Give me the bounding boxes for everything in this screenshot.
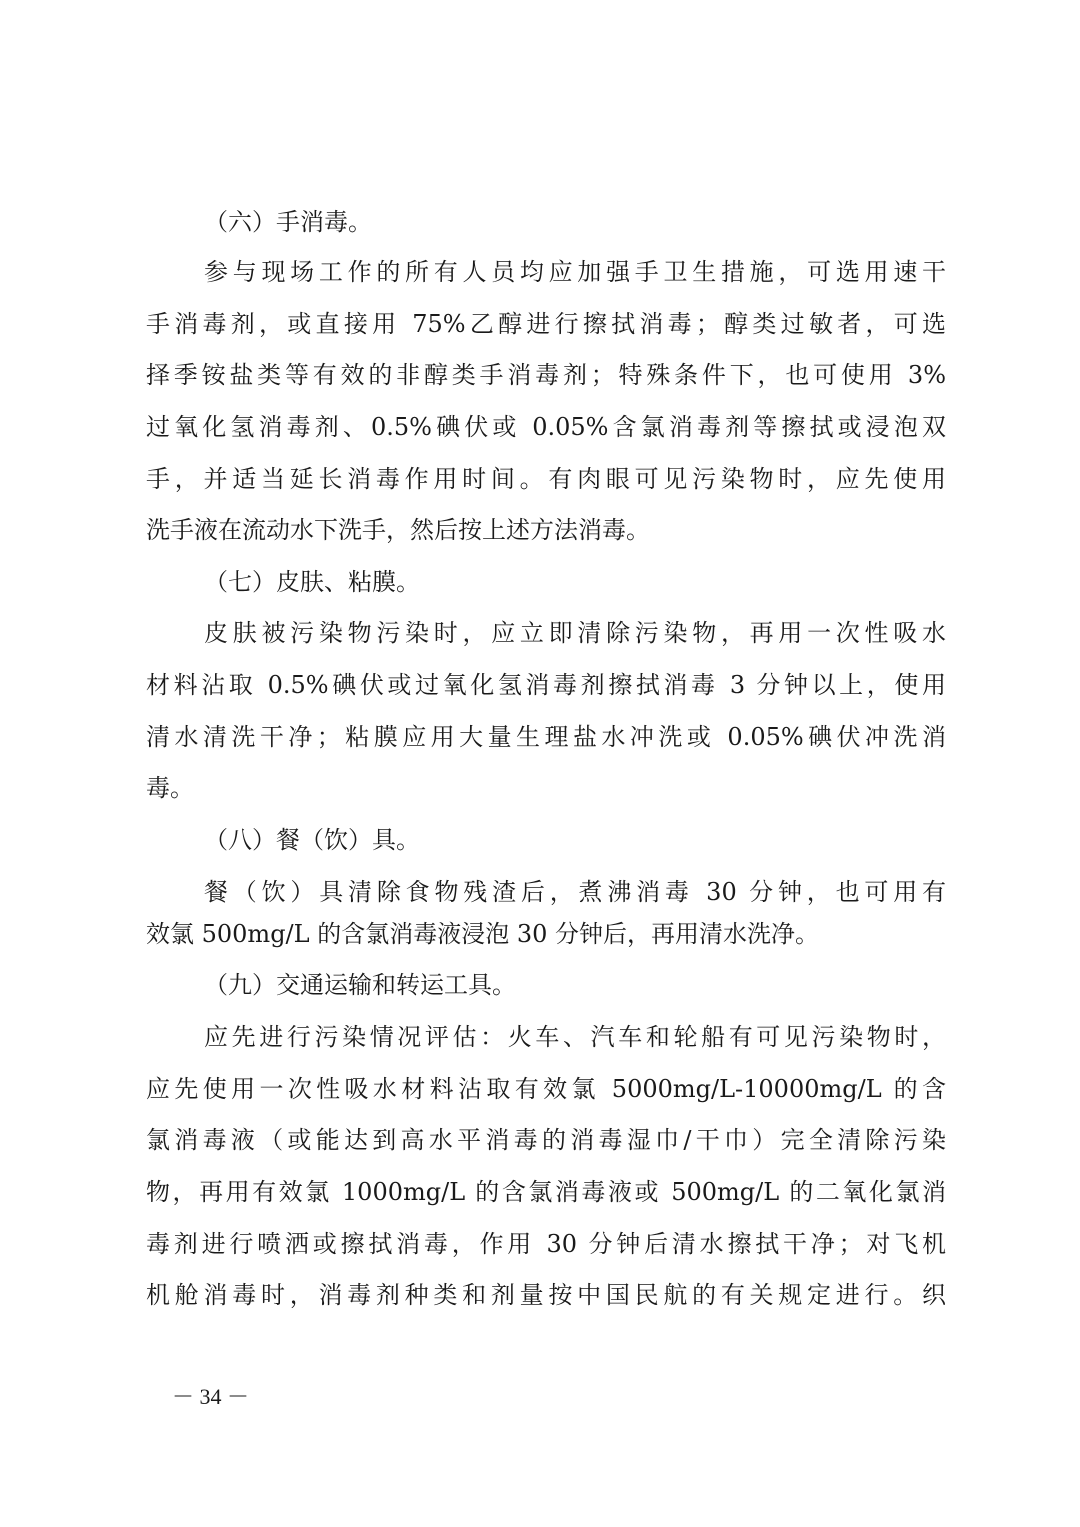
- paragraph-line: 毒剂进行喷洒或擦拭消毒，作用 30 分钟后清水擦拭干净；对飞机: [146, 1224, 946, 1264]
- paragraph-line: 物，再用有效氯 1000mg/L 的含氯消毒液或 500mg/L 的二氧化氯消: [146, 1172, 946, 1212]
- paragraph-line: 毒。: [146, 768, 946, 808]
- paragraph-line: 手，并适当延长消毒作用时间。有肉眼可见污染物时，应先使用: [146, 459, 946, 499]
- section-heading-transport: （九）交通运输和转运工具。: [204, 965, 946, 1005]
- section-heading-skin-mucosa: （七）皮肤、粘膜。: [204, 562, 946, 602]
- document-page: （六）手消毒。 参与现场工作的所有人员均应加强手卫生措施，可选用速干 手消毒剂，…: [0, 0, 1080, 1527]
- section-heading-hand-disinfection: （六）手消毒。: [204, 202, 946, 242]
- page-number: － 34 －: [172, 1382, 249, 1412]
- paragraph-line: 氯消毒液（或能达到高水平消毒的消毒湿巾/干巾）完全清除污染: [146, 1120, 946, 1160]
- paragraph-line: 手消毒剂，或直接用 75%乙醇进行擦拭消毒；醇类过敏者，可选: [146, 304, 946, 344]
- paragraph-line: 择季铵盐类等有效的非醇类手消毒剂；特殊条件下，也可使用 3%: [146, 355, 946, 395]
- paragraph-line: 参与现场工作的所有人员均应加强手卫生措施，可选用速干: [204, 252, 946, 292]
- paragraph-line: 餐（饮）具清除食物残渣后，煮沸消毒 30 分钟，也可用有: [204, 872, 946, 912]
- section-heading-tableware: （八）餐（饮）具。: [204, 820, 946, 860]
- paragraph-line: 洗手液在流动水下洗手，然后按上述方法消毒。: [146, 510, 946, 550]
- paragraph-line: 过氧化氢消毒剂、0.5%碘伏或 0.05%含氯消毒剂等擦拭或浸泡双: [146, 407, 946, 447]
- paragraph-line: 材料沾取 0.5%碘伏或过氧化氢消毒剂擦拭消毒 3 分钟以上，使用: [146, 665, 946, 705]
- paragraph-line: 清水清洗干净；粘膜应用大量生理盐水冲洗或 0.05%碘伏冲洗消: [146, 717, 946, 757]
- paragraph-line: 应先进行污染情况评估：火车、汽车和轮船有可见污染物时，: [204, 1017, 946, 1057]
- paragraph-line: 机舱消毒时，消毒剂种类和剂量按中国民航的有关规定进行。织: [146, 1275, 946, 1315]
- paragraph-line: 应先使用一次性吸水材料沾取有效氯 5000mg/L-10000mg/L 的含: [146, 1069, 946, 1109]
- paragraph-line: 皮肤被污染物污染时，应立即清除污染物，再用一次性吸水: [204, 613, 946, 653]
- paragraph-line: 效氯 500mg/L 的含氯消毒液浸泡 30 分钟后，再用清水洗净。: [146, 914, 946, 954]
